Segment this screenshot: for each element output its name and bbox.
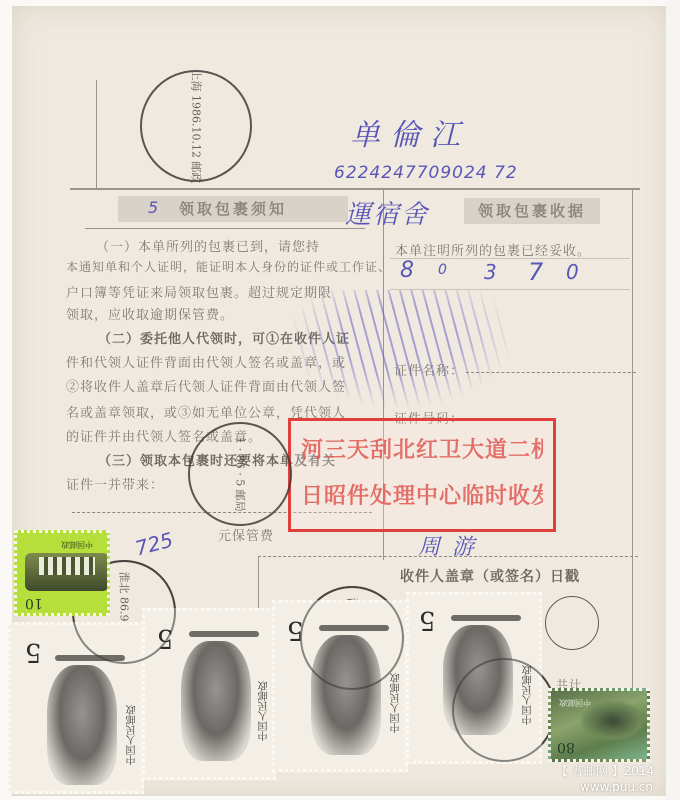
postmark-stamp-3-overlay <box>300 586 404 690</box>
rule-para-2: 本通知单和个人证明，能证明本人身份的证件或工作证、 <box>66 258 391 275</box>
top-rule <box>70 188 640 190</box>
stamp-value: 10 <box>25 595 43 611</box>
stamp-country: 中国邮政 <box>559 697 591 708</box>
receipt-statement: 本单注明所列的包裹已经妥收。 <box>395 240 591 259</box>
handwritten-digit-1: 8 <box>400 258 414 283</box>
stamp-country: 中国人民邮政 <box>389 673 404 733</box>
stamp-value: 5 <box>25 637 42 667</box>
stamp-country: 中国人民邮政 <box>257 681 272 741</box>
stamp-value: 80 <box>557 739 575 755</box>
handwritten-digit-3: 3 <box>484 260 497 284</box>
right-outer-rule <box>632 190 633 750</box>
worker-figure <box>47 665 117 785</box>
storage-fee-label: 元保管费 <box>218 525 274 544</box>
left-vrule <box>96 80 97 190</box>
red-institution-stamp: 河三天刮北红卫大道二机厂 日昭件处理中心临时收发 <box>288 418 556 532</box>
watermark-brand: 【 普邮网 】2014 <box>556 762 654 779</box>
stamp-value: 5 <box>419 605 436 635</box>
date-stamp-circle <box>545 596 599 650</box>
handwritten-digit-5: 0 <box>566 260 579 284</box>
stamp-figure-bar <box>451 615 521 621</box>
handwritten-name: 单倫江 <box>350 110 470 154</box>
watermark-url: www.puu.cn <box>580 780 653 794</box>
rule-para-1: （一）本单所列的包裹已到，请您持 <box>96 236 320 255</box>
left-title-underline <box>85 228 365 229</box>
stamp-landscape: 80 中国邮政 <box>548 688 650 762</box>
stamp-country: 中国人民邮政 <box>125 705 140 765</box>
postmark-middle: 1 · 86 · 5 邮局 <box>188 422 292 526</box>
red-stamp-line-1: 河三天刮北红卫大道二机厂 <box>301 433 543 464</box>
rule-para-4: 领取，应收取逾期保管费。 <box>66 304 234 323</box>
digits-grid <box>390 258 630 290</box>
stamp-figure-bar <box>189 631 259 637</box>
rule-para-11: 证件一并带来： <box>66 474 164 493</box>
postmark-top: 上海 1986.10.12 邮政 <box>140 70 252 182</box>
right-section-title: 领取包裹收据 <box>464 198 600 224</box>
worker-figure <box>181 641 251 761</box>
postmark-stamp-4-overlay <box>452 658 556 762</box>
stamp-country: 中国邮政 <box>61 539 93 550</box>
handwritten-receiver: 周游 <box>418 530 486 561</box>
bottom-box-left <box>258 556 259 616</box>
handwritten-phone: 6224247709024 72 <box>334 163 518 183</box>
handwritten-digit-2: 0 <box>438 262 447 278</box>
handwritten-digit-4: 7 <box>528 258 543 286</box>
signature-date-row: 收件人盖章（或签名）日戳 <box>400 566 580 586</box>
building-columns <box>39 557 95 575</box>
red-stamp-line-2: 日昭件处理中心临时收发 <box>301 479 543 510</box>
handwritten-scribble <box>285 290 515 410</box>
handwritten-annotation: 運宿舍 <box>345 194 429 231</box>
stamp-green-building: 10 中国邮政 <box>14 530 110 616</box>
handwritten-left-note: 5 <box>148 198 158 217</box>
scan-edge <box>666 0 680 800</box>
